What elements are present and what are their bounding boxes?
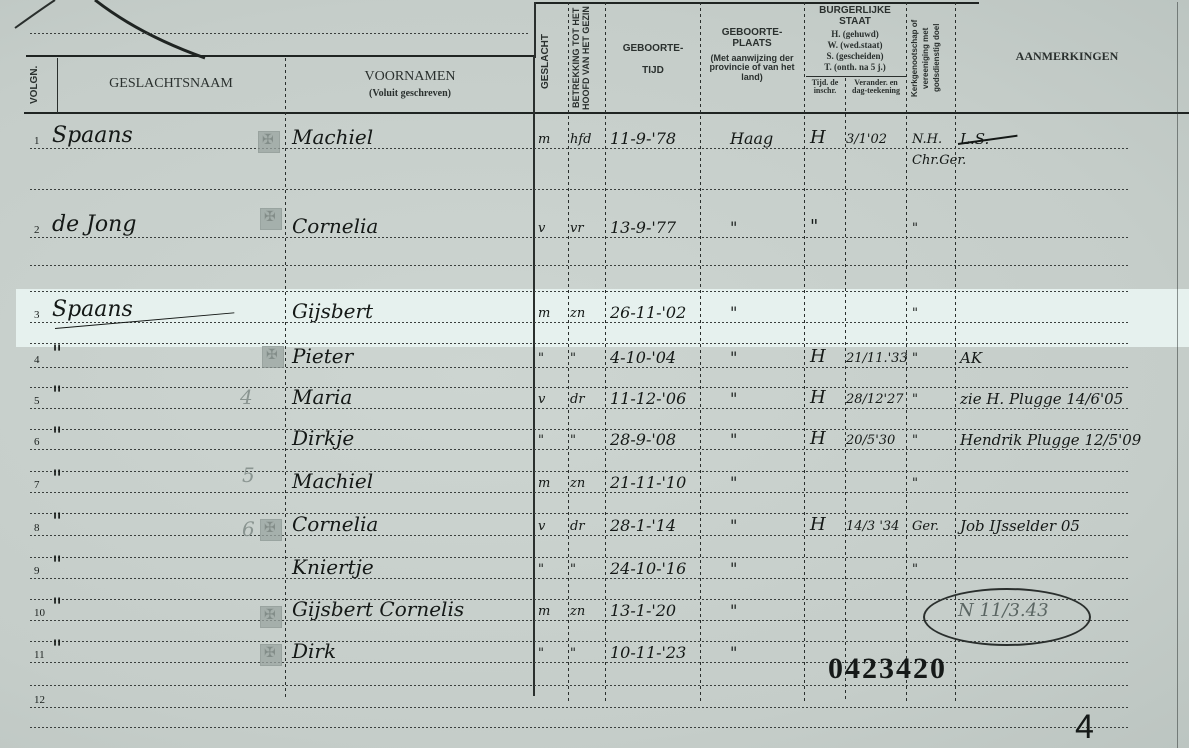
- cell-given: Dirk: [292, 639, 336, 663]
- cell-given: Dirkje: [292, 426, 354, 450]
- cell-relation: ": [570, 351, 576, 366]
- cell-sex: m: [538, 476, 550, 491]
- cell-birth: 28-1-'14: [610, 516, 676, 535]
- stamp-icon: [260, 519, 282, 541]
- cell-sex: m: [538, 306, 550, 321]
- cell-birth: 10-11-'23: [610, 643, 686, 662]
- cell-place: ": [730, 303, 737, 322]
- cell-place: ": [730, 473, 737, 492]
- cell-church: ": [912, 306, 918, 321]
- cell-church: ": [912, 476, 918, 491]
- header-betrekking: BETREKKING TOT HET HOOFD VAN HET GEZIN: [571, 6, 603, 110]
- cell-relation: zn: [570, 476, 585, 491]
- cell-n: 11: [34, 649, 45, 661]
- cell-surname: ": [52, 553, 62, 578]
- cell-n: 4: [34, 354, 40, 366]
- cell-n: 7: [34, 479, 40, 491]
- cell-surname: ": [52, 342, 62, 367]
- cell-church: Ger.: [912, 519, 939, 534]
- page-mark: 4: [1075, 708, 1094, 747]
- cell-sex: ": [538, 562, 544, 577]
- cell-given: Machiel: [292, 125, 373, 149]
- cell-church: N.H.: [912, 132, 942, 147]
- cell-state-date: 20/5'30: [846, 433, 895, 448]
- top-pen-stroke-icon: [0, 0, 540, 70]
- registration-card: VOLGN. GESLACHTSNAAM VOORNAMEN (Voluit g…: [0, 0, 1189, 748]
- header-tijd-inschr: Tijd. de inschr.: [806, 79, 844, 96]
- cell-relation: dr: [570, 392, 585, 407]
- cell-n: 3: [34, 309, 40, 321]
- highlighted-row: [16, 289, 1189, 347]
- oval-stamp-text: N 11/3.43: [958, 600, 1049, 621]
- cell-sex: m: [538, 604, 550, 619]
- cell-n: 8: [34, 522, 40, 534]
- margin-mark: 5: [242, 463, 255, 487]
- cell-place: ": [730, 430, 737, 449]
- cell-church: ": [912, 562, 918, 577]
- cell-relation: vr: [570, 221, 584, 236]
- cell-state-date: 28/12'27: [846, 392, 904, 407]
- header-bs-s: S. (gescheiden): [806, 52, 904, 61]
- cell-surname: ": [52, 510, 62, 535]
- cell-birth: 13-1-'20: [610, 601, 676, 620]
- cell-n: 10: [34, 607, 45, 619]
- cell-state-date: 14/3 '34: [846, 519, 899, 534]
- cell-sex: ": [538, 433, 544, 448]
- cell-state-date: 21/11.'33: [846, 351, 908, 366]
- cell-surname: Spaans: [52, 297, 133, 322]
- header-voornamen: VOORNAMEN: [288, 70, 532, 85]
- cell-surname: de Jong: [52, 212, 136, 237]
- cell-state-date: 3/1'02: [846, 132, 887, 147]
- cell-church-note: Chr.Ger.: [912, 153, 966, 168]
- cell-surname: ": [52, 383, 62, 408]
- cell-relation: zn: [570, 306, 585, 321]
- cell-n: 1: [34, 135, 40, 147]
- cell-given: Machiel: [292, 469, 373, 493]
- cell-place: Haag: [730, 129, 773, 148]
- cell-surname: ": [52, 637, 62, 662]
- cell-state: ": [810, 216, 818, 237]
- cell-state: H: [810, 387, 826, 408]
- cell-place: ": [730, 516, 737, 535]
- cell-birth: 21-11-'10: [610, 473, 686, 492]
- cell-sex: v: [538, 221, 545, 236]
- cell-n: 5: [34, 395, 40, 407]
- stamp-icon: [260, 208, 282, 230]
- margin-mark: 4: [240, 385, 253, 409]
- cell-given: Gijsbert: [292, 299, 373, 323]
- cell-sex: v: [538, 392, 545, 407]
- cell-remark: Hendrik Plugge 12/5'09: [960, 431, 1141, 449]
- cell-given: Gijsbert Cornelis: [292, 597, 464, 621]
- cell-state: H: [810, 514, 826, 535]
- header-volgn: VOLGN.: [30, 62, 40, 108]
- cell-birth: 26-11-'02: [610, 303, 686, 322]
- cell-given: Kniertje: [292, 555, 374, 579]
- cell-relation: dr: [570, 519, 585, 534]
- cell-relation: ": [570, 562, 576, 577]
- cell-sex: ": [538, 646, 544, 661]
- cell-state: H: [810, 127, 826, 148]
- cell-place: ": [730, 601, 737, 620]
- cell-given: Maria: [292, 385, 352, 409]
- header-bs-w: W. (wed.staat): [806, 41, 904, 50]
- header-burgerlijke-staat: BURGERLIJKE STAAT: [806, 6, 904, 27]
- cell-church: ": [912, 351, 918, 366]
- header-bs-h: H. (gehuwd): [806, 30, 904, 39]
- cell-given: Pieter: [292, 344, 353, 368]
- cell-relation: ": [570, 433, 576, 448]
- archive-number: 0423420: [828, 652, 947, 686]
- cell-church: ": [912, 392, 918, 407]
- stamp-icon: [262, 346, 284, 368]
- cell-state: H: [810, 346, 826, 367]
- cell-church: ": [912, 433, 918, 448]
- cell-surname: ": [52, 595, 62, 620]
- cell-place: ": [730, 218, 737, 237]
- cell-place: ": [730, 643, 737, 662]
- cell-sex: ": [538, 351, 544, 366]
- cell-church: ": [912, 221, 918, 236]
- cell-birth: 28-9-'08: [610, 430, 676, 449]
- cell-n: 9: [34, 565, 40, 577]
- cell-place: ": [730, 389, 737, 408]
- cell-birth: 4-10-'04: [610, 348, 676, 367]
- cell-birth: 11-9-'78: [610, 129, 676, 148]
- cell-given: Cornelia: [292, 512, 378, 536]
- margin-mark: 6: [242, 517, 255, 541]
- cell-remark: AK: [960, 349, 982, 367]
- cell-given: Cornelia: [292, 214, 378, 238]
- cell-n: 12: [34, 694, 45, 706]
- stamp-icon: [258, 131, 280, 153]
- stamp-icon: [260, 606, 282, 628]
- cell-remark: Job IJsselder 05: [960, 517, 1080, 535]
- cell-relation: hfd: [570, 132, 592, 147]
- header-voornamen-sub: (Voluit geschreven): [288, 89, 532, 100]
- cell-n: 2: [34, 224, 40, 236]
- cell-sex: v: [538, 519, 545, 534]
- cell-remark: zie H. Plugge 14/6'05: [960, 390, 1123, 408]
- cell-state: H: [810, 428, 826, 449]
- cell-surname: Spaans: [52, 123, 133, 148]
- header-verander: Verander. en dag-teekening: [847, 79, 905, 96]
- cell-place: ": [730, 348, 737, 367]
- cell-surname: ": [52, 467, 62, 492]
- header-geslacht: GESLACHT: [541, 22, 551, 102]
- cell-relation: ": [570, 646, 576, 661]
- cell-birth: 24-10-'16: [610, 559, 686, 578]
- cell-birth: 11-12-'06: [610, 389, 686, 408]
- header-bs-t: T. (onth. na 5 j.): [806, 63, 904, 72]
- cell-birth: 13-9-'77: [610, 218, 676, 237]
- stamp-icon: [260, 644, 282, 666]
- header-aanmerkingen: AANMERKINGEN: [958, 50, 1176, 63]
- cell-surname: ": [52, 424, 62, 449]
- header-geboorteplaats: GEBOORTE- PLAATS: [702, 28, 802, 49]
- header-kerkgenootschap: Kerkgenootschap of vereeniging met godsd…: [909, 6, 953, 110]
- header-geboortetijd: GEBOORTE- TIJD: [607, 38, 699, 82]
- cell-n: 6: [34, 436, 40, 448]
- cell-relation: zn: [570, 604, 585, 619]
- header-geslachtsnaam: GESLACHTSNAAM: [60, 77, 282, 92]
- cell-place: ": [730, 559, 737, 578]
- header-geboorteplaats-sub: (Met aanwijzing der provincie of van het…: [704, 54, 800, 82]
- cell-sex: m: [538, 132, 550, 147]
